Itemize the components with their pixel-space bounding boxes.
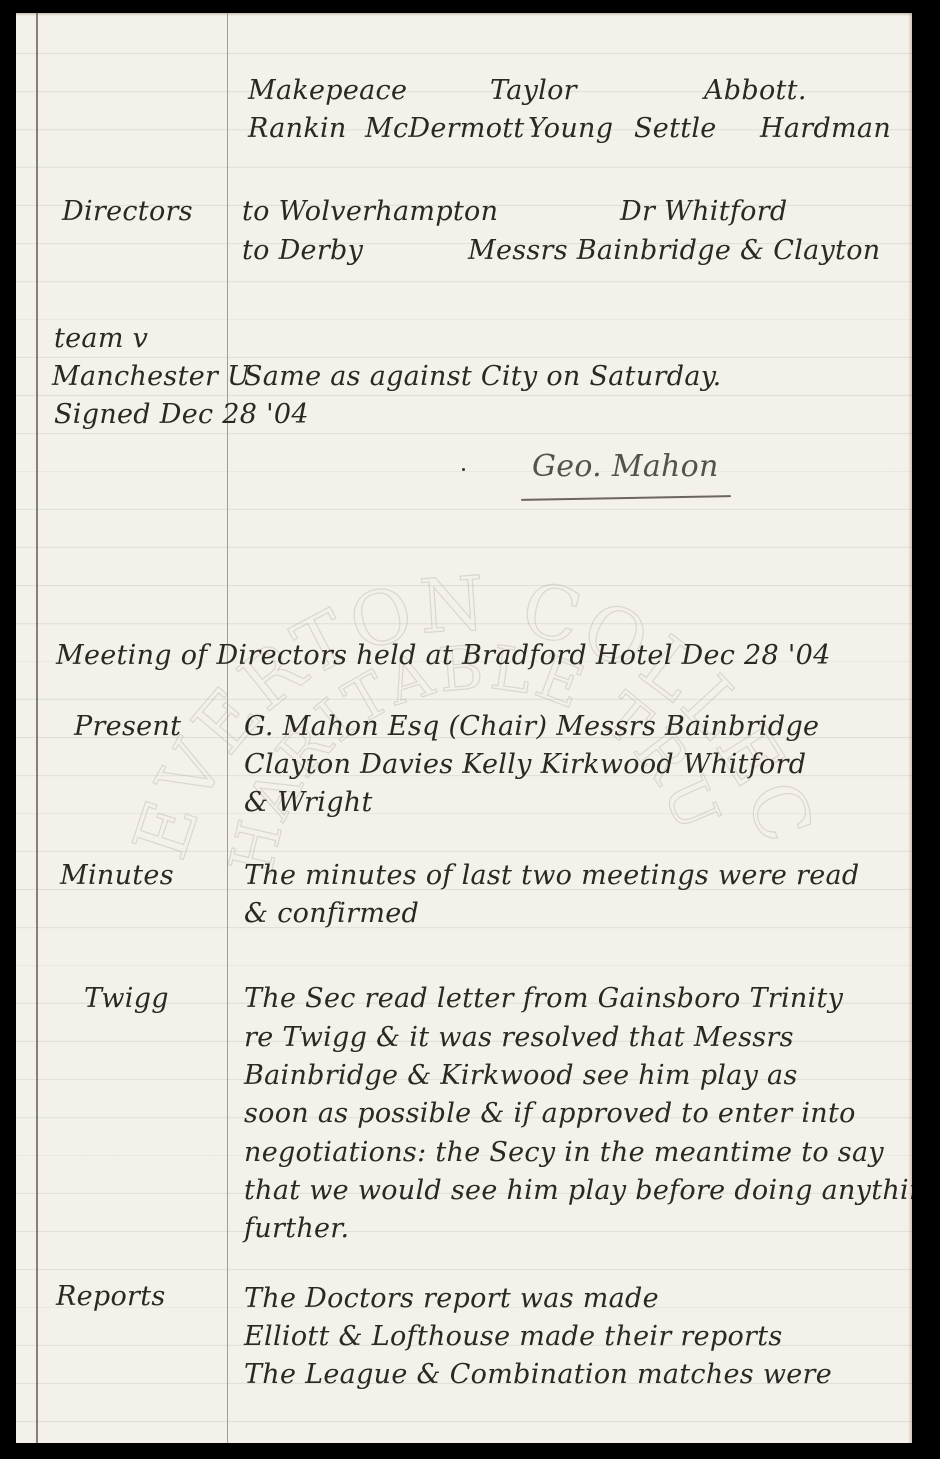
directors-who: Messrs Bainbridge & Clayton	[468, 235, 880, 266]
page-top-edge	[16, 13, 912, 16]
entry-line: The League & Combination matches were	[244, 1359, 832, 1390]
margin-label-twigg: Twigg	[84, 983, 169, 1014]
entry-line: Bainbridge & Kirkwood see him play as	[244, 1060, 798, 1091]
team-name: Young	[528, 113, 613, 144]
entry-line: The Sec read letter from Gainsboro Trini…	[244, 983, 843, 1014]
team-name: McDermott	[365, 113, 525, 144]
margin-label-team-v: team v	[54, 323, 148, 354]
team-name: Makepeace	[248, 75, 407, 106]
page-right-edge	[908, 13, 912, 1443]
team-selection-text: Same as against City on Saturday.	[244, 361, 722, 392]
team-name: Settle	[634, 113, 717, 144]
margin-label-minutes: Minutes	[60, 860, 174, 891]
entry-line: The Doctors report was made	[244, 1283, 659, 1314]
margin-label-present: Present	[74, 711, 181, 742]
directors-destination: to Derby	[242, 235, 363, 266]
entry-line: soon as possible & if approved to enter …	[244, 1098, 856, 1129]
entry-line: that we would see him play before doing …	[244, 1175, 912, 1206]
chairman-signature: Geo. Mahon	[532, 449, 719, 484]
entry-line: G. Mahon Esq (Chair) Messrs Bainbridge	[244, 711, 819, 742]
team-name: Taylor	[490, 75, 577, 106]
ink-dot	[462, 468, 465, 471]
entry-line: & Wright	[244, 787, 373, 818]
signature-underline	[521, 495, 731, 501]
entry-line: re Twigg & it was resolved that Messrs	[244, 1022, 794, 1053]
minute-book-page: THE EVERTON COLLECTION CHARITABLE TRUST …	[16, 13, 912, 1443]
directors-destination: to Wolverhampton	[242, 196, 498, 227]
signed-date: Signed Dec 28 '04	[54, 399, 309, 430]
team-name: Rankin	[248, 113, 347, 144]
meeting-heading: Meeting of Directors held at Bradford Ho…	[56, 640, 831, 671]
entry-line: & confirmed	[244, 898, 419, 929]
margin-label-opponent: Manchester U	[52, 361, 250, 392]
red-margin-line	[227, 13, 228, 1443]
team-name: Abbott.	[704, 75, 807, 106]
entry-line: Clayton Davies Kelly Kirkwood Whitford	[244, 749, 806, 780]
margin-label-reports: Reports	[56, 1281, 166, 1312]
binding-rule-line	[36, 13, 38, 1443]
entry-line: further.	[244, 1213, 349, 1244]
entry-line: Elliott & Lofthouse made their reports	[244, 1321, 783, 1352]
margin-label-directors: Directors	[62, 196, 193, 227]
entry-line: negotiations: the Secy in the meantime t…	[244, 1137, 884, 1168]
directors-who: Dr Whitford	[620, 196, 788, 227]
entry-line: The minutes of last two meetings were re…	[244, 860, 859, 891]
team-name: Hardman	[760, 113, 891, 144]
